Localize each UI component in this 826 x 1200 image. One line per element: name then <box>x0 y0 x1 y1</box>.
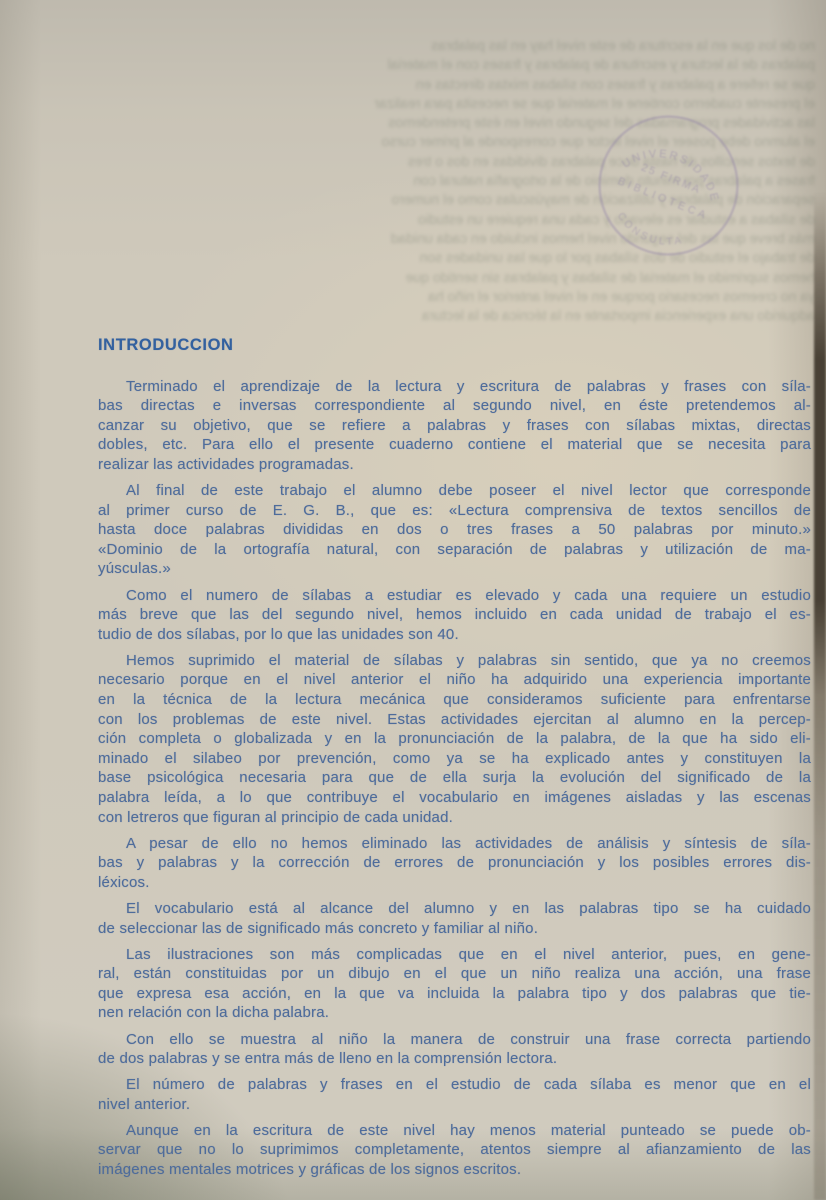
text-line: minado el silabeo por prevención, como y… <box>98 749 811 769</box>
text-line: hasta doce palabras divididas en dos o t… <box>98 520 811 540</box>
text-line: ción completa o globalizada y en la pron… <box>98 729 811 749</box>
paragraph: Las ilustraciones son más complicadas qu… <box>98 945 811 1023</box>
text-line: canzar su objetivo, que se refiere a pal… <box>98 416 811 436</box>
ghost-text-line: el presente cuaderno contiene el materia… <box>235 94 815 113</box>
paragraph: El vocabulario está al alcance del alumn… <box>98 899 811 938</box>
text-line: Como el numero de sílabas a estudiar es … <box>98 586 811 606</box>
text-line: dobles, etc. Para ello el presente cuade… <box>98 435 811 455</box>
stamp-arc-bottom-text: CONSULTA <box>610 209 688 258</box>
page-edge-shadow <box>814 0 826 1200</box>
ghost-text-line: hemos suprimido el material de sílabas y… <box>235 268 815 287</box>
text-line: nen relación con la dicha palabra. <box>98 1003 811 1023</box>
text-line: que expresa esa acción, en la que va inc… <box>98 984 811 1004</box>
paragraph: Hemos suprimido el material de sílabas y… <box>98 651 811 827</box>
paragraph: Como el numero de sílabas a estudiar es … <box>98 586 811 645</box>
text-line: más breve que las del segundo nivel, hem… <box>98 605 811 625</box>
svg-text:CONSULTA: CONSULTA <box>610 209 688 258</box>
text-line: «Dominio de la ortografía natural, con s… <box>98 540 811 560</box>
paragraph: A pesar de ello no hemos eliminado las a… <box>98 834 811 893</box>
text-line: Al final de este trabajo el alumno debe … <box>98 481 811 501</box>
printed-text-block: INTRODUCCION Terminado el aprendizaje de… <box>98 336 811 1180</box>
book-page-photo: no de los que en la escritura de este ni… <box>0 0 826 1200</box>
text-line: realizar las actividades programadas. <box>98 455 811 475</box>
paragraph: El número de palabras y frases en el est… <box>98 1075 811 1114</box>
page-title: INTRODUCCION <box>98 336 811 356</box>
body-text: Terminado el aprendizaje de la lectura y… <box>98 377 811 1180</box>
text-line: en la técnica de la lectura mecánica que… <box>98 690 811 710</box>
text-line: Con ello se muestra al niño la manera de… <box>98 1030 811 1050</box>
text-line: El número de palabras y frases en el est… <box>98 1075 811 1095</box>
text-line: Las ilustraciones son más complicadas qu… <box>98 945 811 965</box>
text-line: de dos palabras y se entra más de lleno … <box>98 1049 811 1069</box>
text-line: bas directas e inversas correspondiente … <box>98 396 811 416</box>
text-line: bas y palabras y la corrección de errore… <box>98 853 811 873</box>
ghost-text-line: adquirido una experiencia importante en … <box>235 306 815 325</box>
stamp-circle-icon <box>579 96 758 275</box>
paragraph: Al final de este trabajo el alumno debe … <box>98 481 811 579</box>
text-line: necesario porque en el nivel anterior el… <box>98 670 811 690</box>
text-line: ral, están constituidas por un dibujo en… <box>98 964 811 984</box>
text-line: servar que no lo suprimimos completament… <box>98 1140 811 1160</box>
text-line: yúsculas.» <box>98 559 811 579</box>
text-line: imágenes mentales motrices y gráficas de… <box>98 1160 811 1180</box>
paragraph: Con ello se muestra al niño la manera de… <box>98 1030 811 1069</box>
text-line: A pesar de ello no hemos eliminado las a… <box>98 834 811 854</box>
text-line: con los problemas de este nivel. Estas a… <box>98 710 811 730</box>
ghost-text-line: no de los que en la escritura de este ni… <box>235 36 815 55</box>
paragraph: Aunque en la escritura de este nivel hay… <box>98 1121 811 1180</box>
text-line: Aunque en la escritura de este nivel hay… <box>98 1121 811 1141</box>
text-line: base psicológica necesaria para que de e… <box>98 768 811 788</box>
text-line: de seleccionar las de significado más co… <box>98 919 811 939</box>
text-line: léxicos. <box>98 873 811 893</box>
ghost-text-line: palabras de la lectura y escritura de pa… <box>235 55 815 74</box>
text-line: El vocabulario está al alcance del alumn… <box>98 899 811 919</box>
text-line: nivel anterior. <box>98 1095 811 1115</box>
text-line: al primer curso de E. G. B., que es: «Le… <box>98 501 811 521</box>
text-line: con letreros que figuran al principio de… <box>98 808 811 828</box>
text-line: Terminado el aprendizaje de la lectura y… <box>98 377 811 397</box>
text-line: palabra leída, a lo que contribuye el vo… <box>98 788 811 808</box>
ghost-text-line: ya no creemos necesario porque en el niv… <box>235 287 815 306</box>
text-line: tudio de dos sílabas, por lo que las uni… <box>98 625 811 645</box>
ghost-text-line: que se refiere a palabras y frases con s… <box>235 75 815 94</box>
text-line: Hemos suprimido el material de sílabas y… <box>98 651 811 671</box>
paragraph: Terminado el aprendizaje de la lectura y… <box>98 377 811 475</box>
